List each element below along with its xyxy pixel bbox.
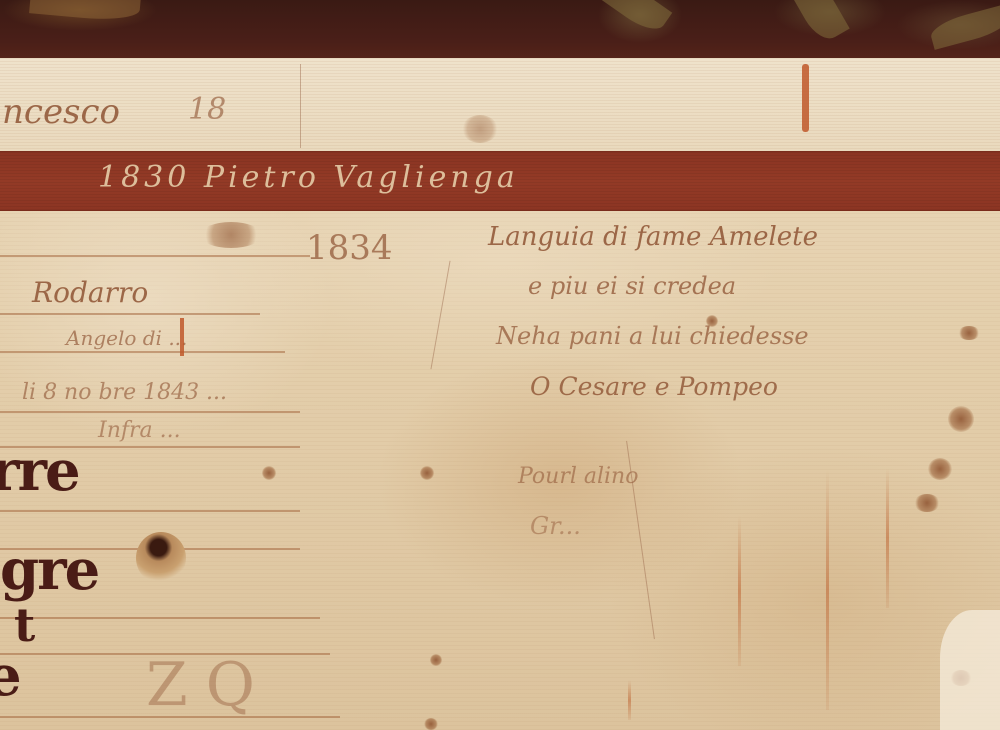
graffiti-center-1: Pourl alino — [518, 464, 638, 489]
stain — [462, 115, 498, 143]
graffiti-bottom-zq: ZQ — [146, 650, 273, 720]
ruled-line — [0, 255, 310, 257]
foliage-leaf — [790, 0, 849, 45]
graffiti-year-1834: 1834 — [306, 228, 393, 268]
stain — [424, 718, 438, 730]
inscription-pietro-vaglienga: 1830 Pietro Vaglienga — [98, 160, 519, 195]
painted-frieze — [0, 0, 1000, 60]
stain — [420, 466, 434, 480]
gothic-text-e: e — [0, 648, 20, 704]
foliage-leaf — [598, 0, 673, 37]
stain — [262, 466, 276, 480]
red-drip — [180, 318, 184, 356]
graffiti-center-2: Gr... — [530, 512, 581, 540]
rust-streak — [826, 470, 829, 710]
poem-line-3: Neha pani a lui chiedesse — [496, 322, 809, 350]
poem-line-2: e piu ei si credea — [528, 272, 736, 300]
rust-streak — [886, 468, 889, 608]
poem-line-4: O Cesare e Pompeo — [530, 372, 778, 401]
graffiti-line-2: Angelo di ... — [66, 326, 187, 350]
ruled-line — [0, 351, 285, 353]
red-drip — [802, 64, 809, 132]
ruled-line — [0, 510, 300, 512]
gothic-text-gre: gre — [0, 542, 98, 598]
gothic-text-t: t — [14, 602, 33, 648]
gothic-text-rre: rre — [0, 443, 79, 499]
rust-streak — [628, 680, 631, 720]
ruled-line — [0, 617, 320, 619]
plaster-hole — [136, 532, 186, 584]
stain — [914, 494, 940, 512]
stain — [948, 406, 974, 432]
ruled-line — [0, 313, 260, 315]
stain — [928, 458, 952, 480]
foliage-leaf — [29, 0, 141, 23]
stain — [958, 326, 980, 340]
stain — [430, 654, 442, 666]
stain — [706, 315, 718, 327]
graffiti-line-3: li 8 no bre 1843 ... — [22, 380, 227, 405]
graffiti-ncesco: ncesco — [2, 92, 120, 132]
rust-streak — [738, 516, 741, 666]
worn-patch — [940, 610, 1000, 730]
poem-line-1: Languia di fame Amelete — [488, 222, 818, 252]
upper-plaster-band — [0, 58, 1000, 152]
wall-photograph: ncesco 18 1830 Pietro Vaglienga 1834 Rod… — [0, 0, 1000, 730]
ruled-line — [0, 411, 300, 413]
foliage-leaf — [928, 4, 1000, 50]
graffiti-year-partial: 18 — [188, 92, 226, 127]
stain — [200, 222, 262, 248]
plaster-crack — [300, 64, 301, 148]
graffiti-line-4: Infra ... — [98, 418, 181, 443]
graffiti-line-1: Rodarro — [32, 276, 148, 309]
